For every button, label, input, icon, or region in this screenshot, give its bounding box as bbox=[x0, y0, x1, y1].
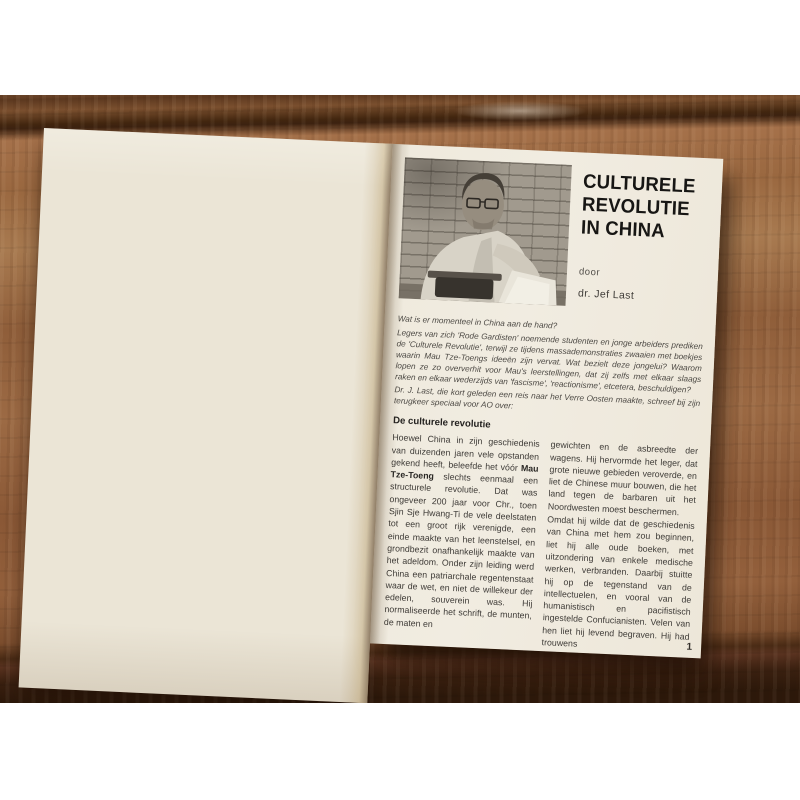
byline-prefix: door bbox=[579, 266, 706, 283]
open-booklet: CULTURELE REVOLUTIE IN CHINA door dr. Je… bbox=[19, 128, 724, 703]
blank-left-page bbox=[19, 128, 393, 703]
body-columns: Hoewel China in zijn geschiedenis van du… bbox=[383, 431, 698, 655]
article-title: CULTURELE REVOLUTIE IN CHINA bbox=[580, 171, 704, 245]
article-right-page: CULTURELE REVOLUTIE IN CHINA door dr. Je… bbox=[370, 144, 723, 659]
column-left-post: slechts eenmaal een structurele revoluti… bbox=[384, 471, 538, 629]
author-photo bbox=[399, 157, 572, 305]
column-left-pre: Hoewel China in zijn geschiedenis van du… bbox=[391, 432, 540, 472]
intro-section: Wat is er momenteel in China aan de hand… bbox=[394, 303, 704, 421]
author-photo-illustration bbox=[399, 157, 572, 305]
typewriter-body bbox=[435, 277, 494, 300]
page-number: 1 bbox=[686, 642, 692, 653]
column-left-paragraph: Hoewel China in zijn geschiedenis van du… bbox=[384, 431, 540, 634]
article-header: CULTURELE REVOLUTIE IN CHINA door dr. Je… bbox=[399, 154, 711, 305]
column-right-paragraph-2: Omdat hij wilde dat de geschiedenis van … bbox=[541, 513, 694, 655]
intro-body: Legers van zich 'Rode Gardisten' noemend… bbox=[395, 328, 703, 396]
column-right: gewichten en de asbreedte der wagens. Hi… bbox=[541, 439, 698, 656]
column-right-paragraph-1: gewichten en de asbreedte der wagens. Hi… bbox=[548, 439, 699, 519]
title-block: CULTURELE REVOLUTIE IN CHINA door dr. Je… bbox=[578, 163, 711, 306]
table-photo: CULTURELE REVOLUTIE IN CHINA door dr. Je… bbox=[0, 95, 800, 703]
byline-author: dr. Jef Last bbox=[578, 287, 705, 305]
column-left: Hoewel China in zijn geschiedenis van du… bbox=[383, 431, 540, 648]
